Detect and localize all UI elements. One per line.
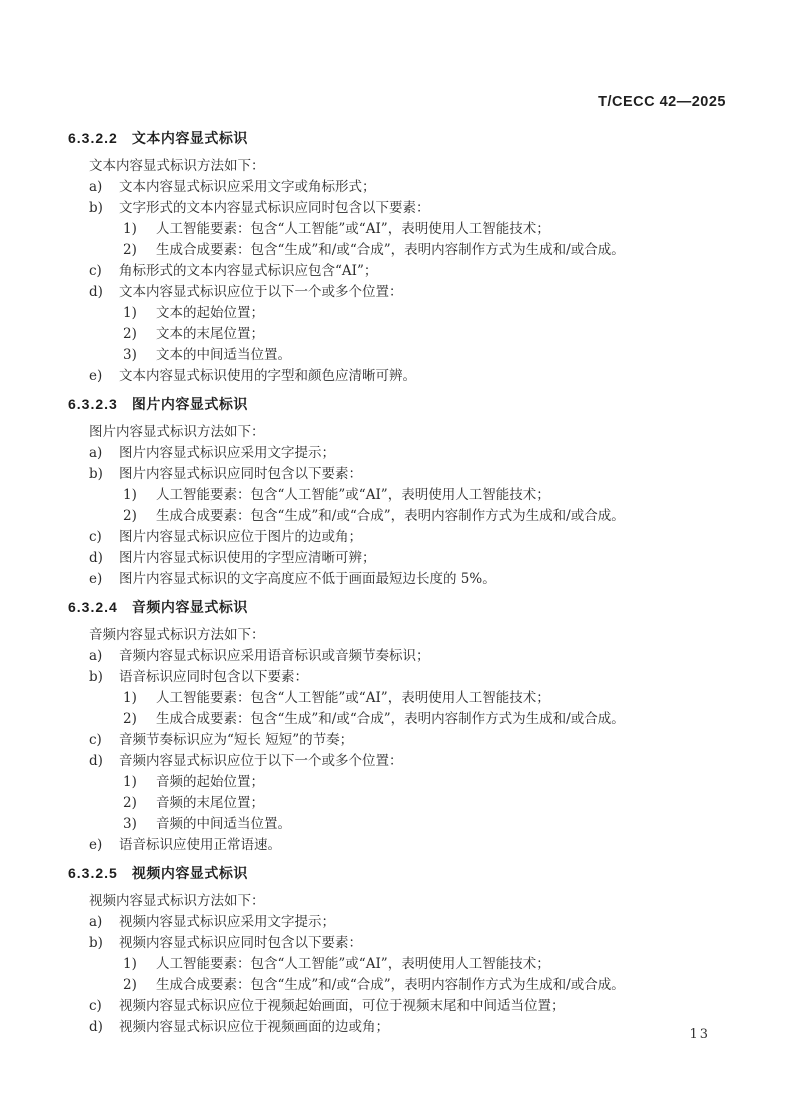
item-label: d)	[89, 548, 119, 569]
sub-item-text: 人工智能要素：包含“人工智能”或“AI”，表明使用人工智能技术；	[156, 688, 734, 709]
item-text: 视频内容显式标识应同时包含以下要素：	[119, 933, 734, 954]
document-page: T/CECC 42—2025 6.3.2.2 文本内容显式标识 文本内容显式标识…	[0, 0, 790, 1114]
section: 6.3.2.4 音频内容显式标识 音频内容显式标识方法如下： a) 音频内容显式…	[68, 597, 734, 856]
document-code-header: T/CECC 42—2025	[598, 94, 726, 110]
list-item: e) 文本内容显式标识使用的字型和颜色应清晰可辨。	[89, 366, 734, 387]
list-item: b) 语音标识应同时包含以下要素：	[89, 667, 734, 688]
list-item: e) 语音标识应使用正常语速。	[89, 835, 734, 856]
sub-list-item: 1) 人工智能要素：包含“人工智能”或“AI”，表明使用人工智能技术；	[123, 954, 734, 975]
item-label: b)	[89, 933, 119, 954]
item-text: 图片内容显式标识使用的字型应清晰可辨；	[119, 548, 734, 569]
section-number: 6.3.2.4	[68, 597, 118, 618]
sub-item-text: 音频的起始位置；	[156, 772, 734, 793]
item-label: d)	[89, 282, 119, 303]
sub-item-label: 1)	[123, 485, 156, 506]
list-item: d) 视频内容显式标识应位于视频画面的边或角；	[89, 1017, 734, 1038]
list-item: c) 图片内容显式标识应位于图片的边或角；	[89, 527, 734, 548]
sub-item-text: 生成合成要素：包含“生成”和/或“合成”，表明内容制作方式为生成和/或合成。	[156, 506, 734, 527]
list-item: c) 角标形式的文本内容显式标识应包含“AI”；	[89, 261, 734, 282]
item-text: 视频内容显式标识应位于视频画面的边或角；	[119, 1017, 734, 1038]
sub-item-label: 1)	[123, 772, 156, 793]
sub-item-text: 音频的末尾位置；	[156, 793, 734, 814]
sub-list-item: 2) 生成合成要素：包含“生成”和/或“合成”，表明内容制作方式为生成和/或合成…	[123, 506, 734, 527]
sub-list-item: 2) 音频的末尾位置；	[123, 793, 734, 814]
section-title: 图片内容显式标识	[132, 394, 248, 415]
item-text: 视频内容显式标识应采用文字提示；	[119, 912, 734, 933]
section-heading: 6.3.2.5 视频内容显式标识	[68, 863, 734, 884]
item-label: a)	[89, 646, 119, 667]
sub-list-item: 1) 人工智能要素：包含“人工智能”或“AI”，表明使用人工智能技术；	[123, 688, 734, 709]
sub-list-item: 2) 文本的末尾位置；	[123, 324, 734, 345]
item-label: c)	[89, 261, 119, 282]
sub-item-label: 1)	[123, 688, 156, 709]
sub-item-text: 文本的起始位置；	[156, 303, 734, 324]
list-item: c) 视频内容显式标识应位于视频起始画面，可位于视频末尾和中间适当位置；	[89, 996, 734, 1017]
list-item: b) 图片内容显式标识应同时包含以下要素：	[89, 464, 734, 485]
item-text: 角标形式的文本内容显式标识应包含“AI”；	[119, 261, 734, 282]
sub-item-text: 生成合成要素：包含“生成”和/或“合成”，表明内容制作方式为生成和/或合成。	[156, 240, 734, 261]
item-label: e)	[89, 835, 119, 856]
document-content: 6.3.2.2 文本内容显式标识 文本内容显式标识方法如下： a) 文本内容显式…	[68, 121, 734, 1038]
sub-list-item: 2) 生成合成要素：包含“生成”和/或“合成”，表明内容制作方式为生成和/或合成…	[123, 240, 734, 261]
sub-item-label: 2)	[123, 709, 156, 730]
item-label: a)	[89, 443, 119, 464]
section-title: 视频内容显式标识	[132, 863, 248, 884]
sub-list-item: 3) 文本的中间适当位置。	[123, 345, 734, 366]
section-intro: 音频内容显式标识方法如下：	[89, 625, 734, 646]
list-item: a) 视频内容显式标识应采用文字提示；	[89, 912, 734, 933]
page-number: 13	[689, 1027, 710, 1042]
item-text: 文本内容显式标识应位于以下一个或多个位置：	[119, 282, 734, 303]
sub-list-item: 2) 生成合成要素：包含“生成”和/或“合成”，表明内容制作方式为生成和/或合成…	[123, 709, 734, 730]
item-label: e)	[89, 366, 119, 387]
item-label: e)	[89, 569, 119, 590]
sub-item-label: 2)	[123, 240, 156, 261]
list-item: d) 文本内容显式标识应位于以下一个或多个位置：	[89, 282, 734, 303]
sub-list-item: 2) 生成合成要素：包含“生成”和/或“合成”，表明内容制作方式为生成和/或合成…	[123, 975, 734, 996]
section-number: 6.3.2.3	[68, 394, 118, 415]
list-item: a) 图片内容显式标识应采用文字提示；	[89, 443, 734, 464]
item-text: 语音标识应同时包含以下要素：	[119, 667, 734, 688]
section-number: 6.3.2.5	[68, 863, 118, 884]
section-intro: 图片内容显式标识方法如下：	[89, 422, 734, 443]
sub-item-text: 人工智能要素：包含“人工智能”或“AI”，表明使用人工智能技术；	[156, 219, 734, 240]
sub-item-label: 2)	[123, 975, 156, 996]
sub-item-text: 文本的中间适当位置。	[156, 345, 734, 366]
list-item: b) 视频内容显式标识应同时包含以下要素：	[89, 933, 734, 954]
sub-item-text: 人工智能要素：包含“人工智能”或“AI”，表明使用人工智能技术；	[156, 954, 734, 975]
item-label: c)	[89, 527, 119, 548]
sub-item-label: 2)	[123, 506, 156, 527]
item-text: 图片内容显式标识的文字高度应不低于画面最短边长度的 5%。	[119, 569, 734, 590]
sub-list-item: 1) 音频的起始位置；	[123, 772, 734, 793]
sub-item-label: 2)	[123, 793, 156, 814]
item-text: 图片内容显式标识应位于图片的边或角；	[119, 527, 734, 548]
sub-list-item: 3) 音频的中间适当位置。	[123, 814, 734, 835]
list-item: e) 图片内容显式标识的文字高度应不低于画面最短边长度的 5%。	[89, 569, 734, 590]
sub-list-item: 1) 人工智能要素：包含“人工智能”或“AI”，表明使用人工智能技术；	[123, 219, 734, 240]
section-heading: 6.3.2.4 音频内容显式标识	[68, 597, 734, 618]
item-text: 音频节奏标识应为“短长 短短”的节奏；	[119, 730, 734, 751]
section-title: 文本内容显式标识	[132, 128, 248, 149]
item-text: 图片内容显式标识应采用文字提示；	[119, 443, 734, 464]
item-text: 文本内容显式标识使用的字型和颜色应清晰可辨。	[119, 366, 734, 387]
list-item: c) 音频节奏标识应为“短长 短短”的节奏；	[89, 730, 734, 751]
list-item: a) 音频内容显式标识应采用语音标识或音频节奏标识；	[89, 646, 734, 667]
list-item: b) 文字形式的文本内容显式标识应同时包含以下要素：	[89, 198, 734, 219]
item-label: a)	[89, 912, 119, 933]
item-label: d)	[89, 751, 119, 772]
section: 6.3.2.3 图片内容显式标识 图片内容显式标识方法如下： a) 图片内容显式…	[68, 394, 734, 590]
item-text: 文字形式的文本内容显式标识应同时包含以下要素：	[119, 198, 734, 219]
sub-item-label: 2)	[123, 324, 156, 345]
item-text: 文本内容显式标识应采用文字或角标形式；	[119, 177, 734, 198]
item-text: 图片内容显式标识应同时包含以下要素：	[119, 464, 734, 485]
sub-item-label: 1)	[123, 219, 156, 240]
section-intro: 文本内容显式标识方法如下：	[89, 156, 734, 177]
item-text: 语音标识应使用正常语速。	[119, 835, 734, 856]
item-label: c)	[89, 730, 119, 751]
sub-item-text: 生成合成要素：包含“生成”和/或“合成”，表明内容制作方式为生成和/或合成。	[156, 709, 734, 730]
section-intro: 视频内容显式标识方法如下：	[89, 891, 734, 912]
section-heading: 6.3.2.3 图片内容显式标识	[68, 394, 734, 415]
sub-item-text: 生成合成要素：包含“生成”和/或“合成”，表明内容制作方式为生成和/或合成。	[156, 975, 734, 996]
sub-item-label: 1)	[123, 303, 156, 324]
sub-item-text: 人工智能要素：包含“人工智能”或“AI”，表明使用人工智能技术；	[156, 485, 734, 506]
sub-item-label: 1)	[123, 954, 156, 975]
item-label: a)	[89, 177, 119, 198]
sub-item-label: 3)	[123, 814, 156, 835]
section: 6.3.2.2 文本内容显式标识 文本内容显式标识方法如下： a) 文本内容显式…	[68, 128, 734, 387]
item-text: 音频内容显式标识应采用语音标识或音频节奏标识；	[119, 646, 734, 667]
sub-item-label: 3)	[123, 345, 156, 366]
item-label: c)	[89, 996, 119, 1017]
section: 6.3.2.5 视频内容显式标识 视频内容显式标识方法如下： a) 视频内容显式…	[68, 863, 734, 1038]
sub-list-item: 1) 文本的起始位置；	[123, 303, 734, 324]
sub-item-text: 音频的中间适当位置。	[156, 814, 734, 835]
sub-list-item: 1) 人工智能要素：包含“人工智能”或“AI”，表明使用人工智能技术；	[123, 485, 734, 506]
section-title: 音频内容显式标识	[132, 597, 248, 618]
item-label: b)	[89, 667, 119, 688]
section-heading: 6.3.2.2 文本内容显式标识	[68, 128, 734, 149]
list-item: d) 图片内容显式标识使用的字型应清晰可辨；	[89, 548, 734, 569]
section-number: 6.3.2.2	[68, 128, 118, 149]
sub-item-text: 文本的末尾位置；	[156, 324, 734, 345]
item-text: 音频内容显式标识应位于以下一个或多个位置：	[119, 751, 734, 772]
item-label: b)	[89, 464, 119, 485]
item-label: d)	[89, 1017, 119, 1038]
list-item: d) 音频内容显式标识应位于以下一个或多个位置：	[89, 751, 734, 772]
item-text: 视频内容显式标识应位于视频起始画面，可位于视频末尾和中间适当位置；	[119, 996, 734, 1017]
item-label: b)	[89, 198, 119, 219]
list-item: a) 文本内容显式标识应采用文字或角标形式；	[89, 177, 734, 198]
